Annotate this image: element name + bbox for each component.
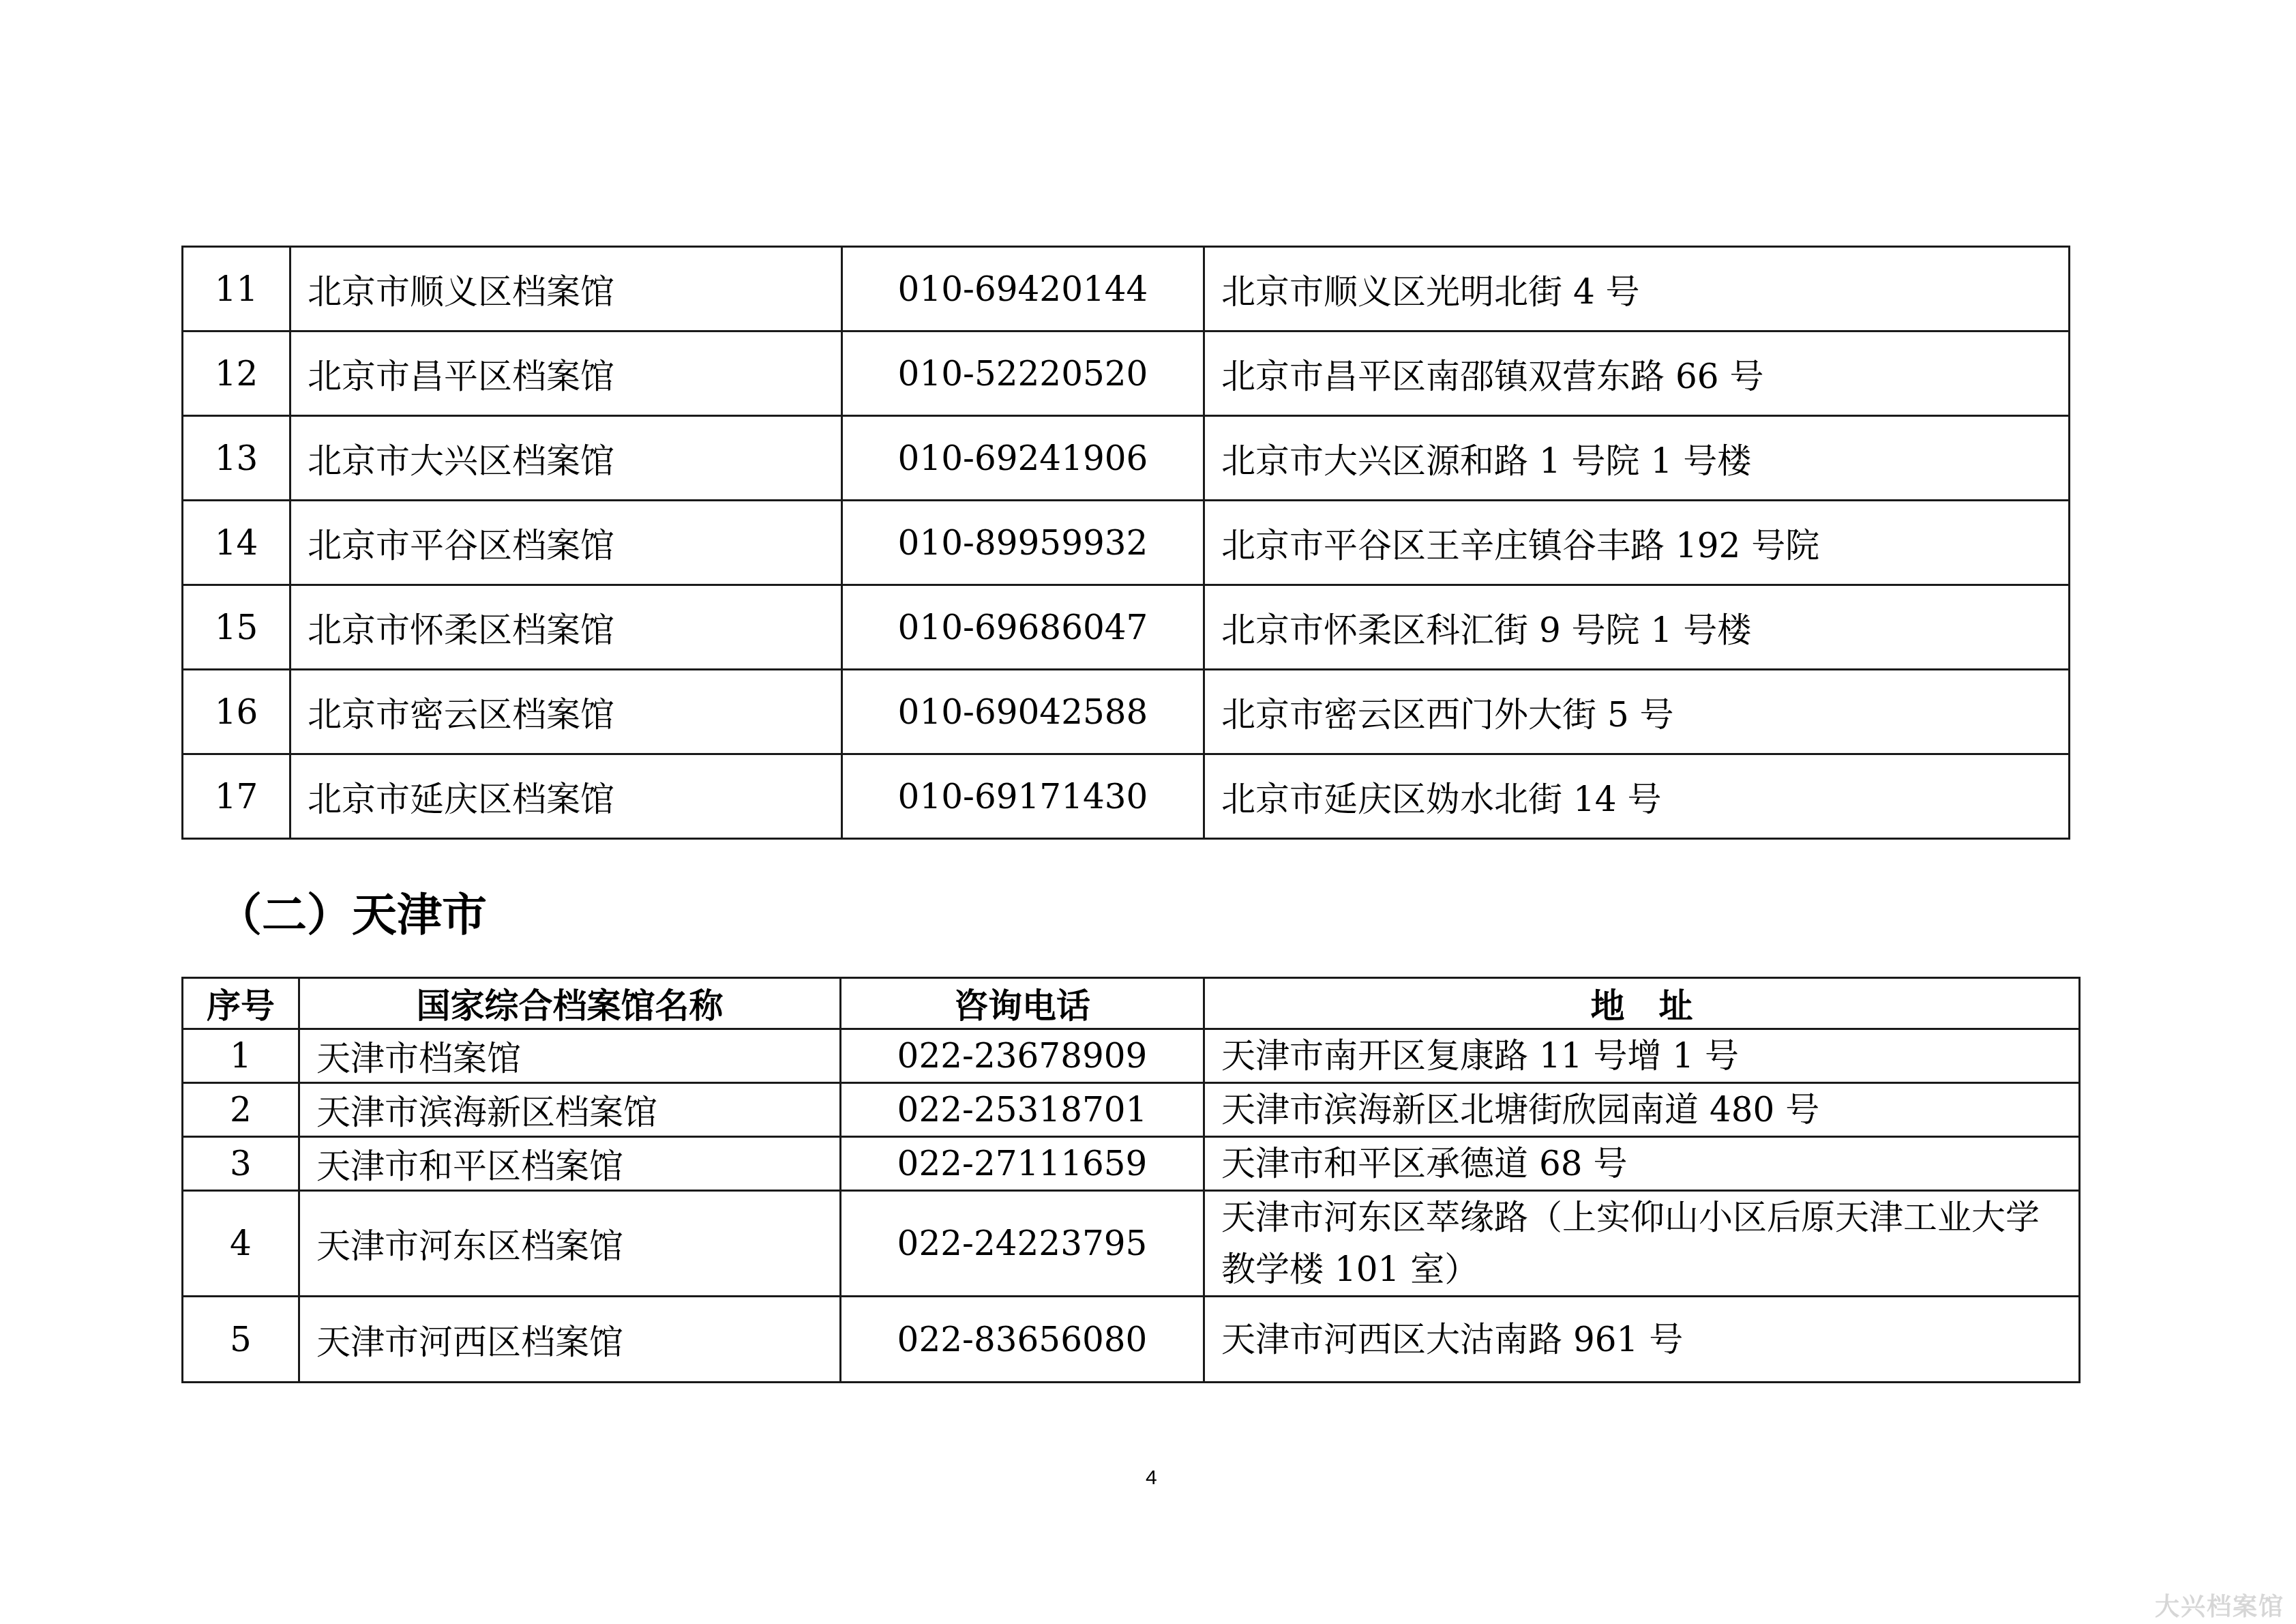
tianjin-archives-table: 序号 国家综合档案馆名称 咨询电话 地 址 1 天津市档案馆 022-23678…: [181, 977, 2081, 1383]
row-number: 13: [183, 416, 290, 501]
row-number: 16: [183, 670, 290, 754]
header-phone: 咨询电话: [841, 978, 1204, 1029]
table-row: 14 北京市平谷区档案馆 010-89959932 北京市平谷区王辛庄镇谷丰路 …: [183, 501, 2070, 585]
row-number: 5: [183, 1297, 299, 1383]
section-heading: （二）天津市: [217, 879, 487, 943]
row-number: 1: [183, 1029, 299, 1083]
phone-number: 010-69420144: [842, 247, 1204, 331]
phone-number: 010-69686047: [842, 585, 1204, 670]
table-row: 4 天津市河东区档案馆 022-24223795 天津市河东区萃缘路（上实仰山小…: [183, 1191, 2080, 1297]
table-header-row: 序号 国家综合档案馆名称 咨询电话 地 址: [183, 978, 2080, 1029]
phone-number: 010-89959932: [842, 501, 1204, 585]
phone-number: 010-52220520: [842, 331, 1204, 416]
archive-name: 北京市怀柔区档案馆: [290, 585, 842, 670]
table-row: 3 天津市和平区档案馆 022-27111659 天津市和平区承德道 68 号: [183, 1137, 2080, 1191]
row-number: 2: [183, 1083, 299, 1137]
address: 北京市怀柔区科汇街 9 号院 1 号楼: [1204, 585, 2070, 670]
beijing-archives-table: 11 北京市顺义区档案馆 010-69420144 北京市顺义区光明北街 4 号…: [181, 246, 2070, 840]
archive-name: 北京市大兴区档案馆: [290, 416, 842, 501]
watermark-logo: 大兴档案馆: [2155, 1588, 2284, 1623]
table-row: 12 北京市昌平区档案馆 010-52220520 北京市昌平区南邵镇双营东路 …: [183, 331, 2070, 416]
table-row: 1 天津市档案馆 022-23678909 天津市南开区复康路 11 号增 1 …: [183, 1029, 2080, 1083]
address: 北京市顺义区光明北街 4 号: [1204, 247, 2070, 331]
archive-name: 天津市和平区档案馆: [299, 1137, 841, 1191]
table-row: 11 北京市顺义区档案馆 010-69420144 北京市顺义区光明北街 4 号: [183, 247, 2070, 331]
address: 天津市河西区大沽南路 961 号: [1204, 1297, 2080, 1383]
row-number: 11: [183, 247, 290, 331]
table-row: 15 北京市怀柔区档案馆 010-69686047 北京市怀柔区科汇街 9 号院…: [183, 585, 2070, 670]
table-row: 5 天津市河西区档案馆 022-83656080 天津市河西区大沽南路 961 …: [183, 1297, 2080, 1383]
archive-name: 天津市河东区档案馆: [299, 1191, 841, 1297]
address: 北京市昌平区南邵镇双营东路 66 号: [1204, 331, 2070, 416]
archive-name: 北京市平谷区档案馆: [290, 501, 842, 585]
row-number: 14: [183, 501, 290, 585]
phone-number: 010-69241906: [842, 416, 1204, 501]
row-number: 4: [183, 1191, 299, 1297]
archive-name: 天津市河西区档案馆: [299, 1297, 841, 1383]
table-row: 2 天津市滨海新区档案馆 022-25318701 天津市滨海新区北塘街欣园南道…: [183, 1083, 2080, 1137]
row-number: 17: [183, 754, 290, 839]
archive-name: 北京市昌平区档案馆: [290, 331, 842, 416]
archive-name: 天津市滨海新区档案馆: [299, 1083, 841, 1137]
address: 天津市南开区复康路 11 号增 1 号: [1204, 1029, 2080, 1083]
address: 北京市大兴区源和路 1 号院 1 号楼: [1204, 416, 2070, 501]
phone-number: 022-23678909: [841, 1029, 1204, 1083]
archive-name: 北京市顺义区档案馆: [290, 247, 842, 331]
phone-number: 022-27111659: [841, 1137, 1204, 1191]
table-row: 16 北京市密云区档案馆 010-69042588 北京市密云区西门外大街 5 …: [183, 670, 2070, 754]
address: 北京市平谷区王辛庄镇谷丰路 192 号院: [1204, 501, 2070, 585]
row-number: 15: [183, 585, 290, 670]
phone-number: 010-69042588: [842, 670, 1204, 754]
row-number: 3: [183, 1137, 299, 1191]
phone-number: 010-69171430: [842, 754, 1204, 839]
phone-number: 022-83656080: [841, 1297, 1204, 1383]
page-number: 4: [1146, 1466, 1157, 1490]
header-number: 序号: [183, 978, 299, 1029]
table-row: 17 北京市延庆区档案馆 010-69171430 北京市延庆区妫水北街 14 …: [183, 754, 2070, 839]
phone-number: 022-24223795: [841, 1191, 1204, 1297]
row-number: 12: [183, 331, 290, 416]
phone-number: 022-25318701: [841, 1083, 1204, 1137]
address: 天津市河东区萃缘路（上实仰山小区后原天津工业大学教学楼 101 室）: [1204, 1191, 2080, 1297]
table-row: 13 北京市大兴区档案馆 010-69241906 北京市大兴区源和路 1 号院…: [183, 416, 2070, 501]
address: 北京市延庆区妫水北街 14 号: [1204, 754, 2070, 839]
address: 北京市密云区西门外大街 5 号: [1204, 670, 2070, 754]
header-address: 地 址: [1204, 978, 2080, 1029]
address: 天津市和平区承德道 68 号: [1204, 1137, 2080, 1191]
header-name: 国家综合档案馆名称: [299, 978, 841, 1029]
archive-name: 北京市延庆区档案馆: [290, 754, 842, 839]
address: 天津市滨海新区北塘街欣园南道 480 号: [1204, 1083, 2080, 1137]
archive-name: 天津市档案馆: [299, 1029, 841, 1083]
archive-name: 北京市密云区档案馆: [290, 670, 842, 754]
